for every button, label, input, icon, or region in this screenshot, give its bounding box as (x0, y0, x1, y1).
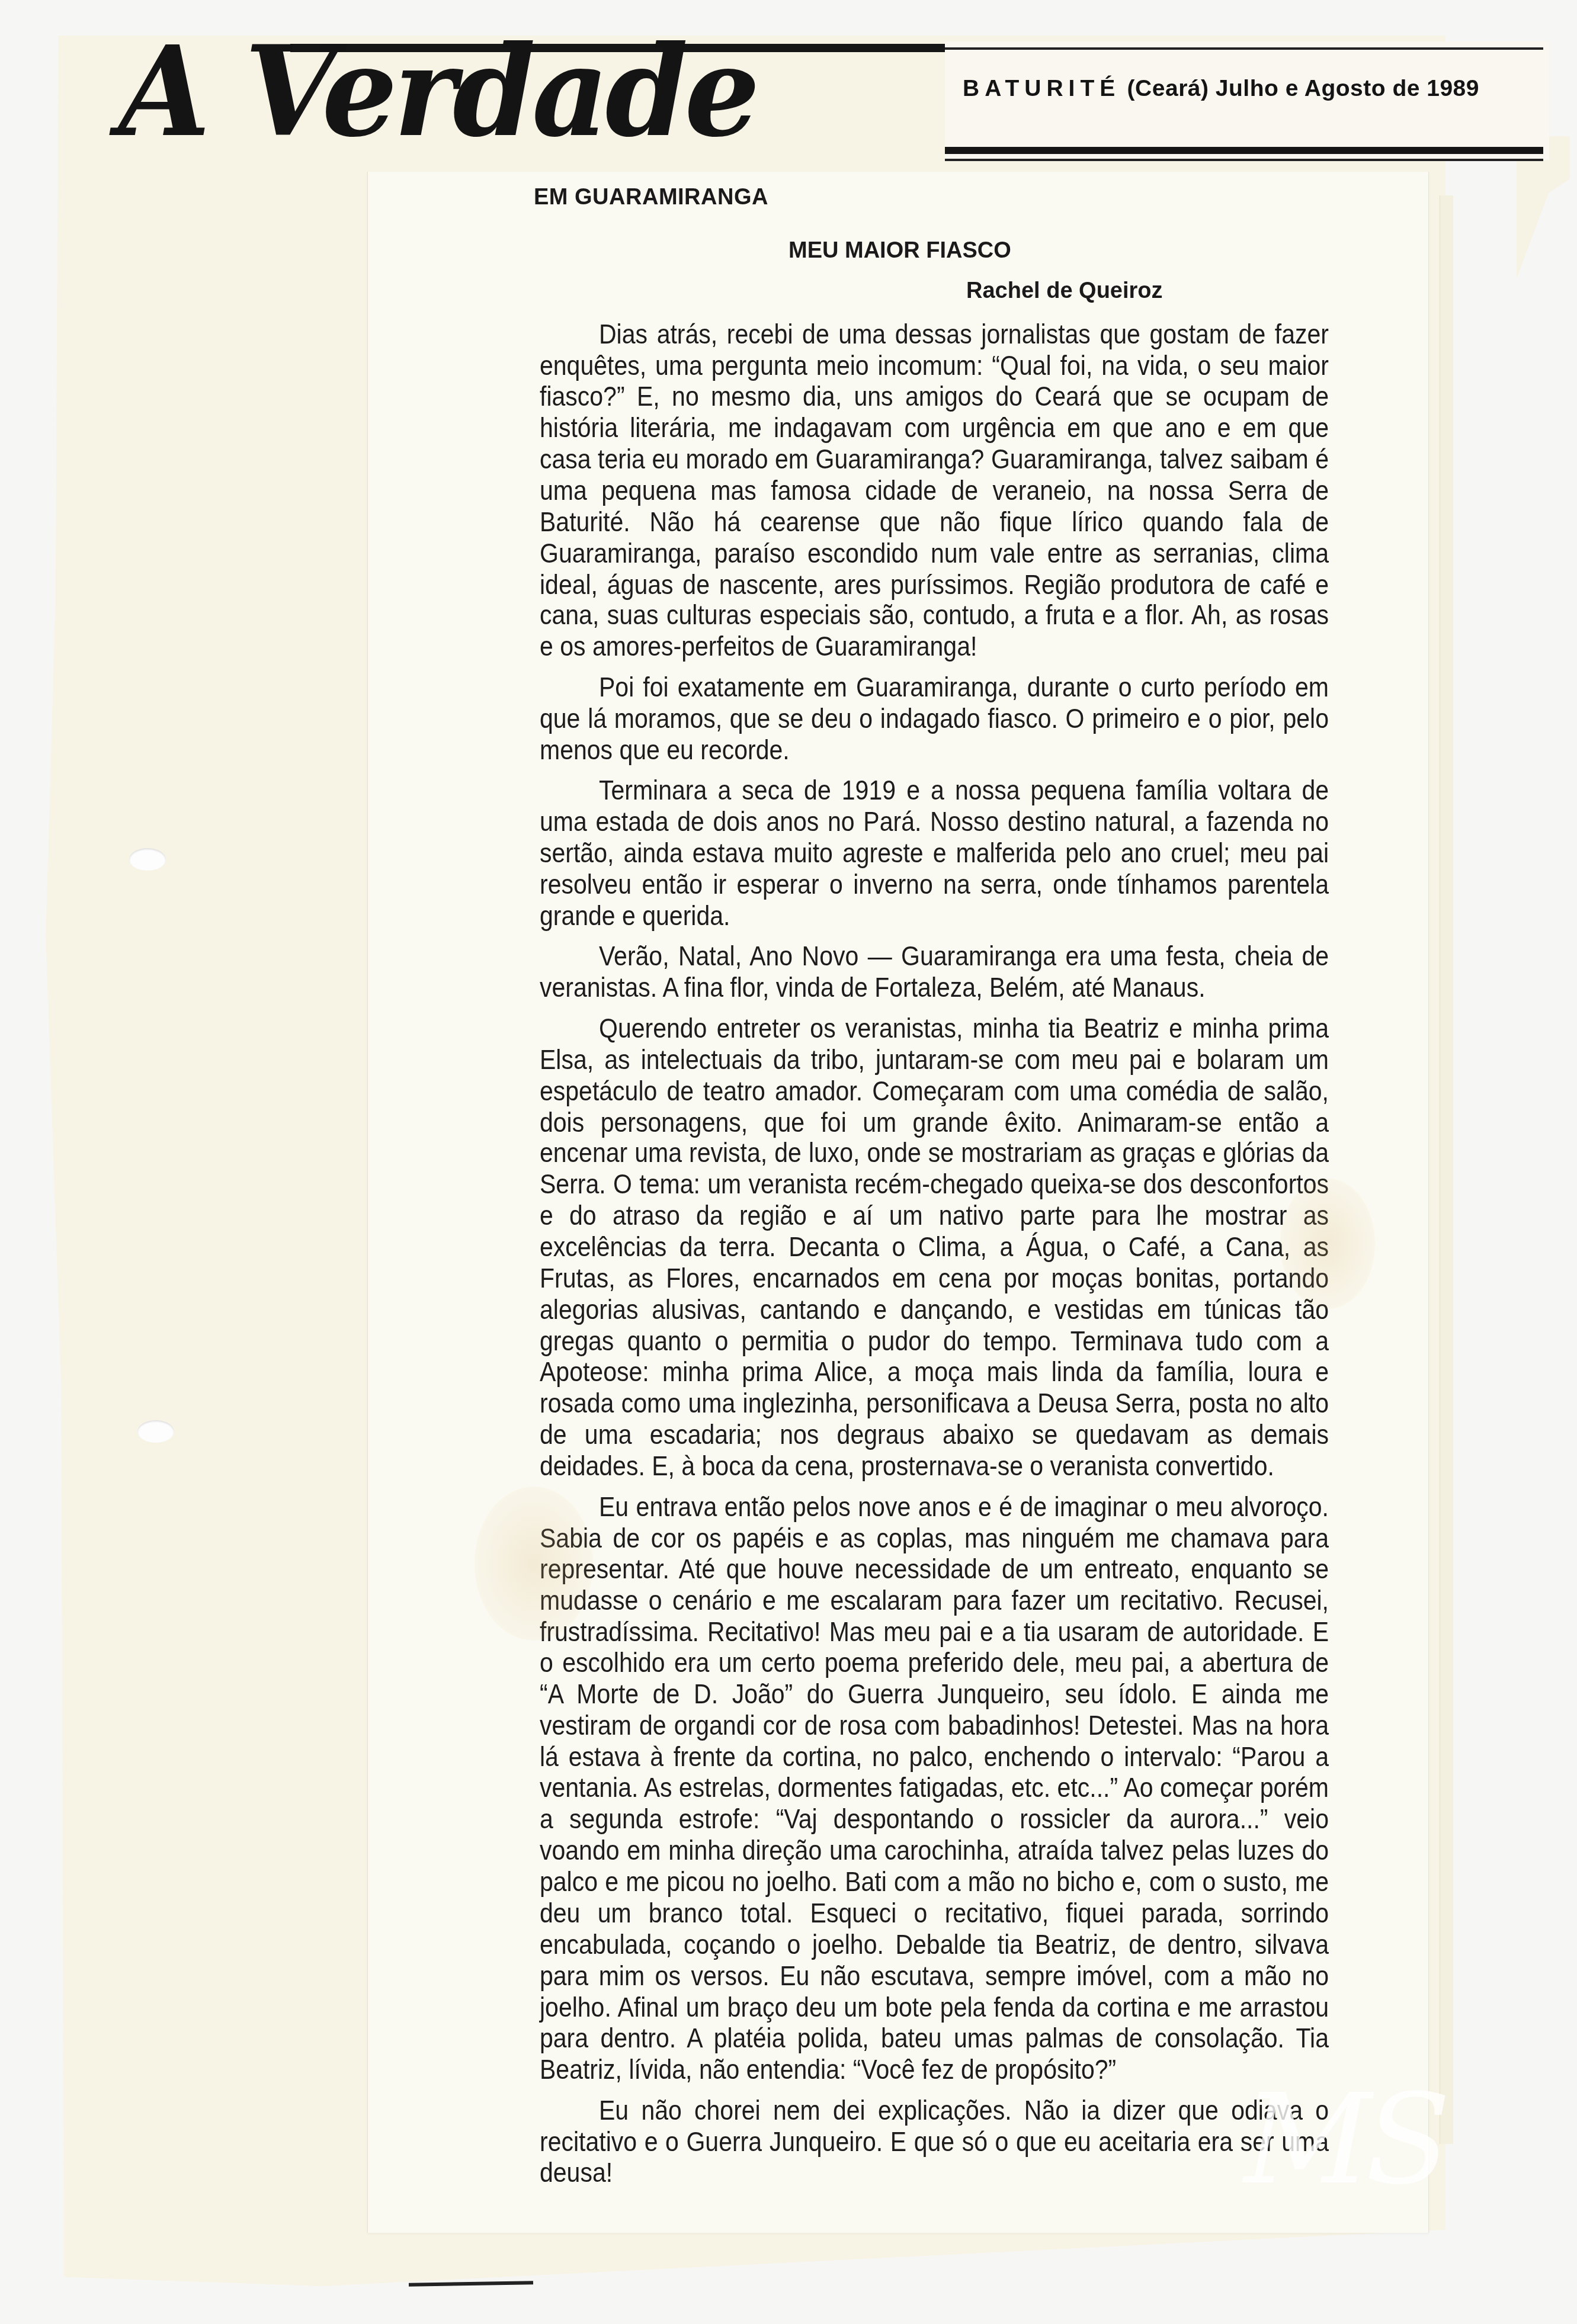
newspaper-masthead: A Verdade (118, 28, 948, 159)
dateline-rule (945, 159, 1543, 161)
article-body: Dias atrás, recebi de uma dessas jornali… (540, 319, 1329, 2198)
dateline-city: BATURITÉ (963, 76, 1120, 101)
article-clipping: EM GUARAMIRANGA MEU MAIOR FIASCO Rachel … (367, 172, 1429, 2233)
dateline-rule (945, 47, 1543, 50)
paper-stain (1280, 1179, 1375, 1309)
punch-hole (137, 1420, 174, 1443)
article-paragraph: Poi foi exatamente em Guaramiranga, dura… (540, 672, 1329, 766)
article-paragraph: Eu entrava então pelos nove anos e é de … (540, 1491, 1329, 2085)
article-paragraph: Dias atrás, recebi de uma dessas jornali… (540, 319, 1329, 663)
paper-stain (475, 1487, 593, 1641)
article-kicker: EM GUARAMIRANGA (534, 185, 768, 210)
torn-rule-fragment (409, 2281, 533, 2287)
article-paragraph: Verão, Natal, Ano Novo — Guaramiranga er… (540, 941, 1329, 1004)
paper-edge-strip (1440, 195, 1453, 2144)
article-paragraph: Terminara a seca de 1919 e a nossa peque… (540, 775, 1329, 932)
dateline: BATURITÉ (Ceará) Julho e Agosto de 1989 (963, 76, 1479, 102)
dateline-block: BATURITÉ (Ceará) Julho e Agosto de 1989 (945, 41, 1549, 160)
dateline-rule (945, 147, 1543, 154)
dateline-date: (Ceará) Julho e Agosto de 1989 (1127, 76, 1479, 101)
article-headline: MEU MAIOR FIASCO (788, 238, 1011, 264)
punch-hole (129, 848, 166, 871)
article-paragraph: Querendo entreter os veranistas, minha t… (540, 1013, 1329, 1482)
newspaper-title: A Verdade (118, 19, 757, 165)
article-byline: Rachel de Queiroz (966, 278, 1163, 304)
article-paragraph: Eu não chorei nem dei explicações. Não i… (540, 2095, 1329, 2188)
